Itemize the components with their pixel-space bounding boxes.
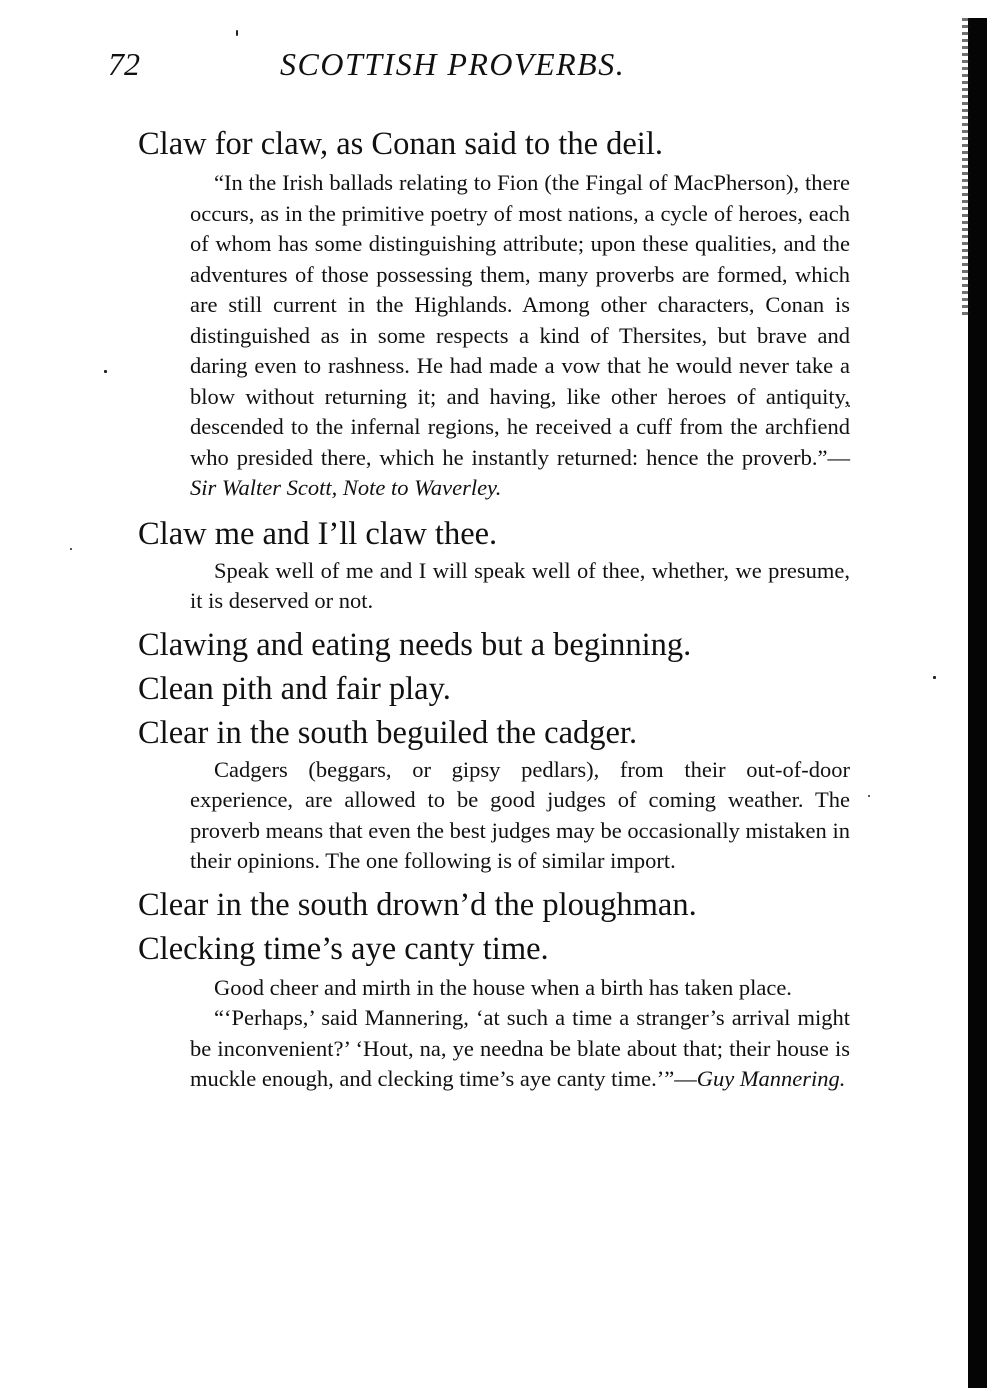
scan-speck: [848, 405, 850, 407]
proverb-heading: Clean pith and fair play.: [138, 669, 850, 709]
proverb-note: “In the Irish ballads relating to Fion (…: [190, 168, 850, 504]
proverb-note: Good cheer and mirth in the house when a…: [190, 973, 850, 1095]
note-paragraph: “In the Irish ballads relating to Fion (…: [190, 168, 850, 504]
scan-edge-noise: [962, 18, 970, 318]
proverb-note: Cadgers (beggars, or gipsy pedlars), fro…: [190, 755, 850, 877]
scan-speck: [104, 370, 107, 373]
note-text: “In the Irish ballads relating to Fion (…: [190, 170, 850, 470]
page-header: 72 SCOTTISH PROVERBS.: [108, 46, 708, 86]
note-quote-paragraph: “‘Perhaps,’ said Mannering, ‘at such a t…: [190, 1003, 850, 1095]
proverb-heading: Claw for claw, as Conan said to the deil…: [138, 124, 850, 164]
scan-speck: [868, 795, 870, 797]
proverb-note: Speak well of me and I will speak well o…: [190, 556, 850, 617]
proverb-heading: Clawing and eating needs but a beginning…: [138, 625, 850, 665]
note-citation: Sir Walter Scott, Note to Waverley.: [190, 475, 501, 500]
proverb-heading: Clear in the south beguiled the cadger.: [138, 713, 850, 753]
note-citation: Guy Mannering.: [697, 1066, 846, 1091]
scan-speck: [236, 30, 238, 36]
scan-speck: [933, 676, 936, 679]
scan-edge-shadow: [968, 18, 987, 1388]
running-head: SCOTTISH PROVERBS.: [280, 46, 625, 83]
page-content: Claw for claw, as Conan said to the deil…: [138, 124, 850, 1103]
proverb-heading: Clecking time’s aye canty time.: [138, 929, 850, 969]
proverb-heading: Claw me and I’ll claw thee.: [138, 514, 850, 554]
note-paragraph: Speak well of me and I will speak well o…: [190, 556, 850, 617]
book-page: 72 SCOTTISH PROVERBS. Claw for claw, as …: [0, 0, 1000, 1396]
page-number: 72: [108, 46, 140, 83]
note-paragraph: Cadgers (beggars, or gipsy pedlars), fro…: [190, 755, 850, 877]
proverb-heading: Clear in the south drown’d the ploughman…: [138, 885, 850, 925]
scan-speck: [70, 548, 72, 550]
note-paragraph: Good cheer and mirth in the house when a…: [190, 973, 850, 1004]
